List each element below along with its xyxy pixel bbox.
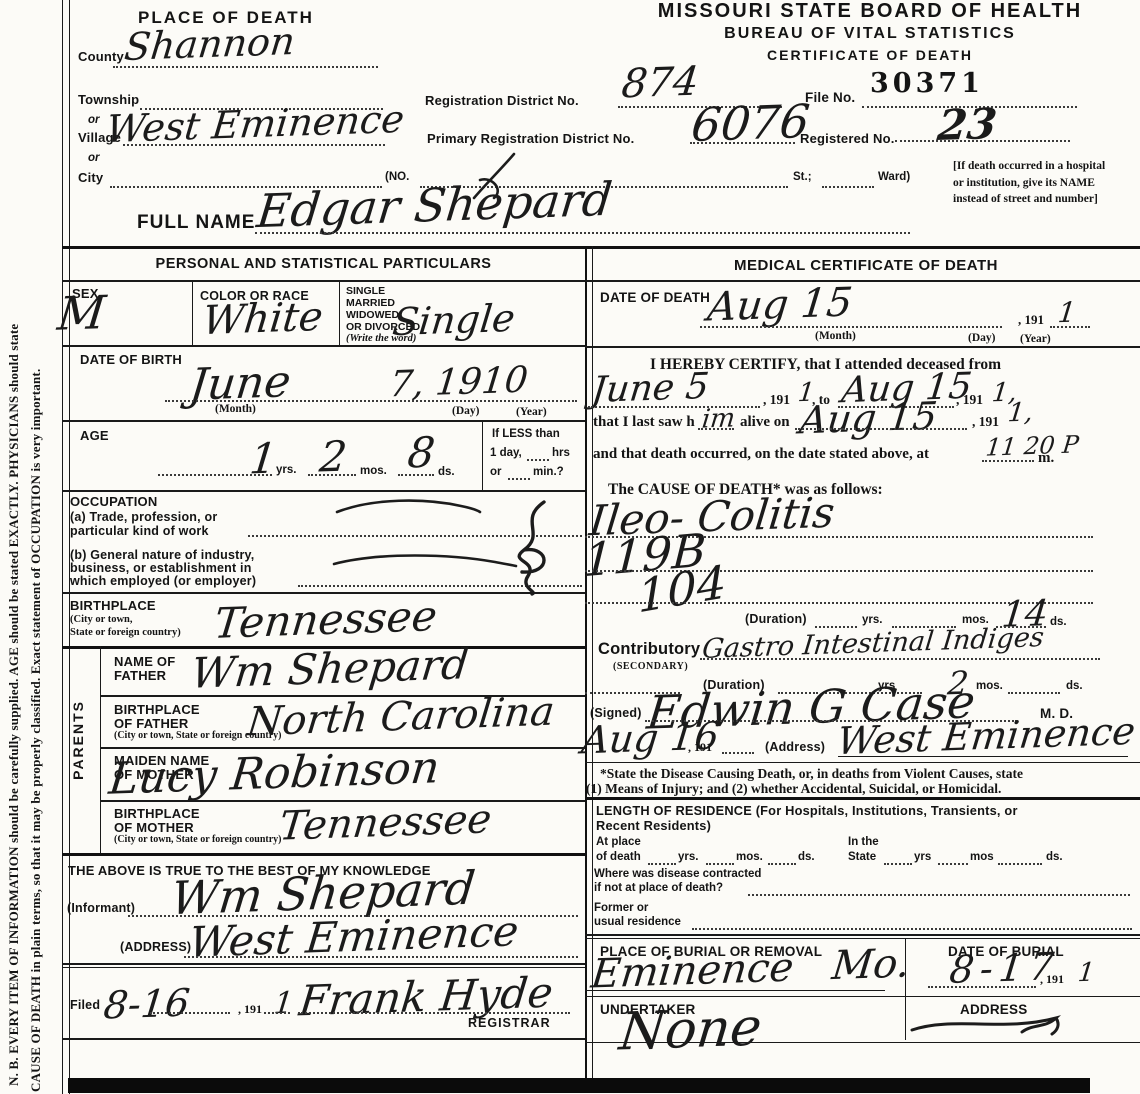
certify-line-3b: alive on — [740, 414, 790, 431]
primary-district-line — [690, 142, 795, 144]
birthplace-sublabel-1: (City or town, — [70, 614, 133, 625]
pen-dash-flourish — [908, 1012, 1068, 1040]
contributory-label: Contributory — [598, 640, 700, 659]
address-line — [184, 956, 578, 958]
registrar-line — [298, 1012, 570, 1014]
informant-label: (Informant) — [67, 901, 135, 915]
contributory-mos: mos. — [976, 680, 1003, 692]
ward-label: Ward) — [878, 171, 910, 183]
birthplace-label: BIRTHPLACE — [70, 598, 156, 613]
pen-dash-flourish — [333, 496, 483, 518]
certify-saw-value: Aug 15 — [797, 394, 939, 443]
death-certificate-scan: N. B. EVERY ITEM OF INFORMATION should b… — [0, 0, 1140, 1094]
medical-section-title: MEDICAL CERTIFICATE OF DEATH — [592, 257, 1140, 274]
cause-duration-label: (Duration) — [745, 612, 807, 626]
dob-day-sublabel: (Day) — [452, 405, 479, 417]
cause-duration-ds: ds. — [1050, 616, 1067, 628]
certify-line-4: and that death occurred, on the date sta… — [593, 446, 929, 463]
contributory-ds: ds. — [1066, 680, 1083, 692]
burial-date-line — [928, 986, 1036, 988]
father-birthplace-label-2: OF FATHER — [114, 716, 189, 731]
age-less-label-2: 1 day, — [490, 447, 522, 459]
mother-birthplace-sublabel: (City or town, State or foreign country) — [114, 834, 281, 845]
dod-year-sublabel: (Year) — [1020, 333, 1051, 345]
border-left-inner — [69, 0, 70, 1094]
signed-year-prefix: , 191 — [688, 740, 712, 755]
age-line — [308, 474, 356, 476]
father-name-label-2: FATHER — [114, 668, 166, 683]
residence-heading-2: Recent Residents) — [596, 818, 711, 833]
file-no-value: 30371 — [870, 68, 984, 99]
disease-contracted-q2: if not at place of death? — [594, 882, 723, 894]
dod-year-value: 1 — [1056, 296, 1077, 330]
registration-district-value: 874 — [619, 59, 701, 108]
former-residence-line — [692, 928, 1132, 930]
age-yrs-label: yrs. — [276, 464, 296, 476]
margin-note-line1: N. B. EVERY ITEM OF INFORMATION should b… — [6, 324, 22, 1086]
registrar-label: REGISTRAR — [468, 1016, 551, 1030]
filed-year-line — [264, 1012, 290, 1014]
rule-thick — [62, 853, 585, 856]
filed-date-value: 8-16 — [101, 981, 191, 1028]
dob-month-sublabel: (Month) — [215, 403, 256, 415]
signed-address-value: West Eminence — [835, 709, 1137, 763]
undertaker-value: None — [617, 998, 765, 1063]
parents-label: PARENTS — [70, 700, 86, 780]
certify-year-prefix-3: , 191 — [972, 414, 999, 430]
age-days-value: 8 — [405, 428, 437, 478]
hospital-note: [If death occurred in a hospital or inst… — [953, 158, 1113, 208]
cell-divider — [192, 280, 193, 346]
registered-no-value: 23 — [935, 99, 999, 150]
or-label-1: or — [88, 114, 100, 126]
birthplace-value: Tennessee — [212, 591, 440, 648]
occupation-b3: which employed (or employer) — [70, 574, 256, 588]
res-line — [998, 863, 1042, 865]
column-divider-outer — [585, 246, 587, 1078]
cause-duration-yrs: yrs. — [862, 614, 882, 626]
county-label: County — [78, 49, 124, 64]
board-title: MISSOURI STATE BOARD OF HEALTH — [600, 0, 1140, 23]
color-race-value: White — [200, 294, 325, 344]
certify-time-line — [982, 460, 1034, 462]
father-birthplace-label-1: BIRTHPLACE — [114, 702, 200, 717]
duration-line — [815, 626, 857, 628]
personal-section-title: PERSONAL AND STATISTICAL PARTICULARS — [62, 256, 585, 272]
certify-blank-line — [698, 428, 734, 430]
disease-contracted-q1: Where was disease contracted — [594, 868, 761, 880]
filed-line — [150, 1012, 230, 1014]
contracted-line — [748, 894, 1130, 896]
rule — [62, 592, 585, 594]
rule — [62, 963, 585, 965]
registered-no-label: Registered No. — [800, 131, 895, 146]
age-line — [398, 474, 434, 476]
mother-birthplace-label-1: BIRTHPLACE — [114, 806, 200, 821]
marital-status-value: Single — [390, 296, 517, 344]
former-residence-1: Former or — [594, 902, 648, 914]
age-min-label: min.? — [533, 466, 564, 478]
rule — [585, 938, 1140, 939]
res-line — [938, 863, 968, 865]
date-of-birth-label: DATE OF BIRTH — [80, 352, 182, 367]
rule — [62, 420, 585, 422]
age-or-label: or — [490, 466, 502, 478]
occupation-b2: business, or establishment in — [70, 561, 252, 575]
burial-place-underline — [585, 990, 885, 991]
occupation-b1: (b) General nature of industry, — [70, 548, 254, 562]
age-hrs-label: hrs — [552, 447, 570, 459]
certify-year-value-3: 1, — [1006, 398, 1034, 429]
rule — [585, 996, 1140, 997]
bureau-title: BUREAU OF VITAL STATISTICS — [600, 25, 1140, 43]
certify-year-prefix-1: , 191 — [763, 392, 790, 408]
certify-year-prefix-2: , 191 — [956, 392, 983, 408]
res-yrs-2: yrs — [914, 851, 931, 863]
dod-line — [700, 326, 1002, 328]
res-line — [768, 863, 796, 865]
certify-saw-line — [795, 428, 967, 430]
age-ds-label: ds. — [438, 466, 455, 478]
ward-line — [822, 186, 874, 188]
res-line — [648, 863, 676, 865]
residence-in-state-1: In the — [848, 836, 879, 848]
residence-heading-1: LENGTH OF RESIDENCE (For Hospitals, Inst… — [596, 803, 1018, 818]
res-mos: mos. — [736, 851, 763, 863]
signed-year-line — [722, 752, 754, 754]
file-no-label: File No. — [805, 90, 855, 105]
age-label: AGE — [80, 428, 109, 443]
signed-address-label: (Address) — [765, 740, 825, 754]
village-value: West Eminence — [104, 97, 406, 151]
date-of-death-label: DATE OF DEATH — [600, 290, 710, 305]
burial-year-prefix: , 191 — [1040, 972, 1064, 987]
res-line — [884, 863, 912, 865]
address-underline — [838, 756, 1128, 757]
cell-divider — [482, 420, 483, 490]
residence-at-place-2: of death — [596, 851, 641, 863]
rule — [62, 967, 585, 968]
residence-at-place-1: At place — [596, 836, 641, 848]
bottom-scan-bar — [68, 1078, 1090, 1093]
rule — [585, 280, 1140, 282]
pen-dash-flourish — [330, 550, 520, 572]
county-value: Shannon — [122, 19, 297, 69]
date-of-death-value: Aug 15 — [705, 280, 854, 331]
rule — [62, 1038, 585, 1040]
occupation-label: OCCUPATION — [70, 494, 157, 509]
res-ds-2: ds. — [1046, 851, 1063, 863]
margin-note-line2: CAUSE OF DEATH in plain terms, so that i… — [28, 369, 44, 1092]
certify-from-value: June 5 — [590, 366, 711, 411]
res-yrs: yrs. — [678, 851, 698, 863]
county-line — [113, 66, 378, 68]
filed-year-value: 1 — [272, 986, 295, 1022]
full-name-value: Edgar Shepard — [254, 172, 614, 238]
certify-time-value: 11 20 P — [984, 430, 1080, 461]
age-less-label-1: If LESS than — [492, 428, 560, 440]
occupation-a1: (a) Trade, profession, or — [70, 510, 217, 524]
pen-bracket-flourish — [498, 498, 558, 598]
marital-line: SINGLE — [346, 285, 420, 297]
res-mos-2: mos — [970, 851, 994, 863]
footnote-line-2: (1) Means of Injury; and (2) whether Acc… — [586, 781, 1001, 797]
res-line — [706, 863, 734, 865]
age-line — [158, 474, 272, 476]
hrs-line — [527, 459, 549, 461]
father-name-value: Wm Shepard — [189, 639, 471, 698]
residence-in-state-2: State — [848, 851, 876, 863]
signed-date-value: Aug 16 — [579, 714, 721, 763]
border-left-outer — [62, 0, 63, 1094]
rule — [585, 346, 1140, 348]
dod-year-line — [1050, 326, 1090, 328]
street-suffix-label: St.; — [793, 171, 812, 183]
filed-year-prefix: , 191 — [238, 1002, 262, 1017]
registration-district-label: Registration District No. — [425, 93, 579, 108]
contributory-secondary-label: (SECONDARY) — [613, 661, 688, 672]
contributory-line — [700, 658, 1100, 660]
father-name-label-1: NAME OF — [114, 654, 175, 669]
rule — [62, 345, 585, 347]
city-label: City — [78, 170, 103, 185]
date-of-birth-day-year: 7, 1910 — [388, 360, 530, 406]
or-label-2: or — [88, 152, 100, 164]
dod-year-prefix: , 191 — [1018, 312, 1044, 328]
dob-line — [165, 400, 577, 402]
father-birthplace-value: North Carolina — [245, 689, 557, 746]
former-residence-2: usual residence — [594, 916, 681, 928]
rule-top-section — [62, 246, 1140, 249]
birthplace-sublabel-2: State or foreign country) — [70, 627, 181, 638]
registered-no-line — [895, 140, 1070, 142]
parents-cell-divider — [100, 646, 101, 854]
informant-address-label: (ADDRESS) — [120, 940, 191, 954]
burial-place-value: Eminence Mo. — [589, 940, 912, 997]
mother-birthplace-value: Tennessee — [277, 796, 494, 849]
filed-label: Filed — [70, 998, 100, 1012]
certify-m-label: m. — [1038, 450, 1054, 467]
rule — [62, 490, 585, 492]
cell-divider — [339, 280, 340, 346]
dod-day-sublabel: (Day) — [968, 332, 995, 344]
certify-line-3a: that I last saw h — [593, 414, 695, 431]
full-name-line — [255, 232, 910, 234]
sex-value: M — [55, 285, 108, 341]
mother-birthplace-label-2: OF MOTHER — [114, 820, 194, 835]
dod-month-sublabel: (Month) — [815, 330, 856, 342]
footnote-line-1: *State the Disease Causing Death, or, in… — [600, 766, 1023, 782]
township-label: Township — [78, 92, 139, 107]
mother-name-value: Lucy Robinson — [107, 742, 442, 804]
rule — [585, 762, 1140, 763]
res-ds: ds. — [798, 851, 815, 863]
age-mos-label: mos. — [360, 465, 387, 477]
full-name-label: FULL NAME — [137, 212, 255, 234]
min-line — [508, 478, 530, 480]
duration-line — [1008, 692, 1060, 694]
dob-year-sublabel: (Year) — [516, 406, 547, 418]
burial-year-value: 1 — [1076, 958, 1096, 989]
occupation-a2: particular kind of work — [70, 524, 209, 538]
rule — [585, 1042, 1140, 1043]
rule-thick — [585, 797, 1140, 800]
rule — [585, 934, 1140, 936]
rule — [62, 280, 585, 282]
village-line — [123, 144, 385, 146]
primary-district-label: Primary Registration District No. — [427, 131, 634, 146]
